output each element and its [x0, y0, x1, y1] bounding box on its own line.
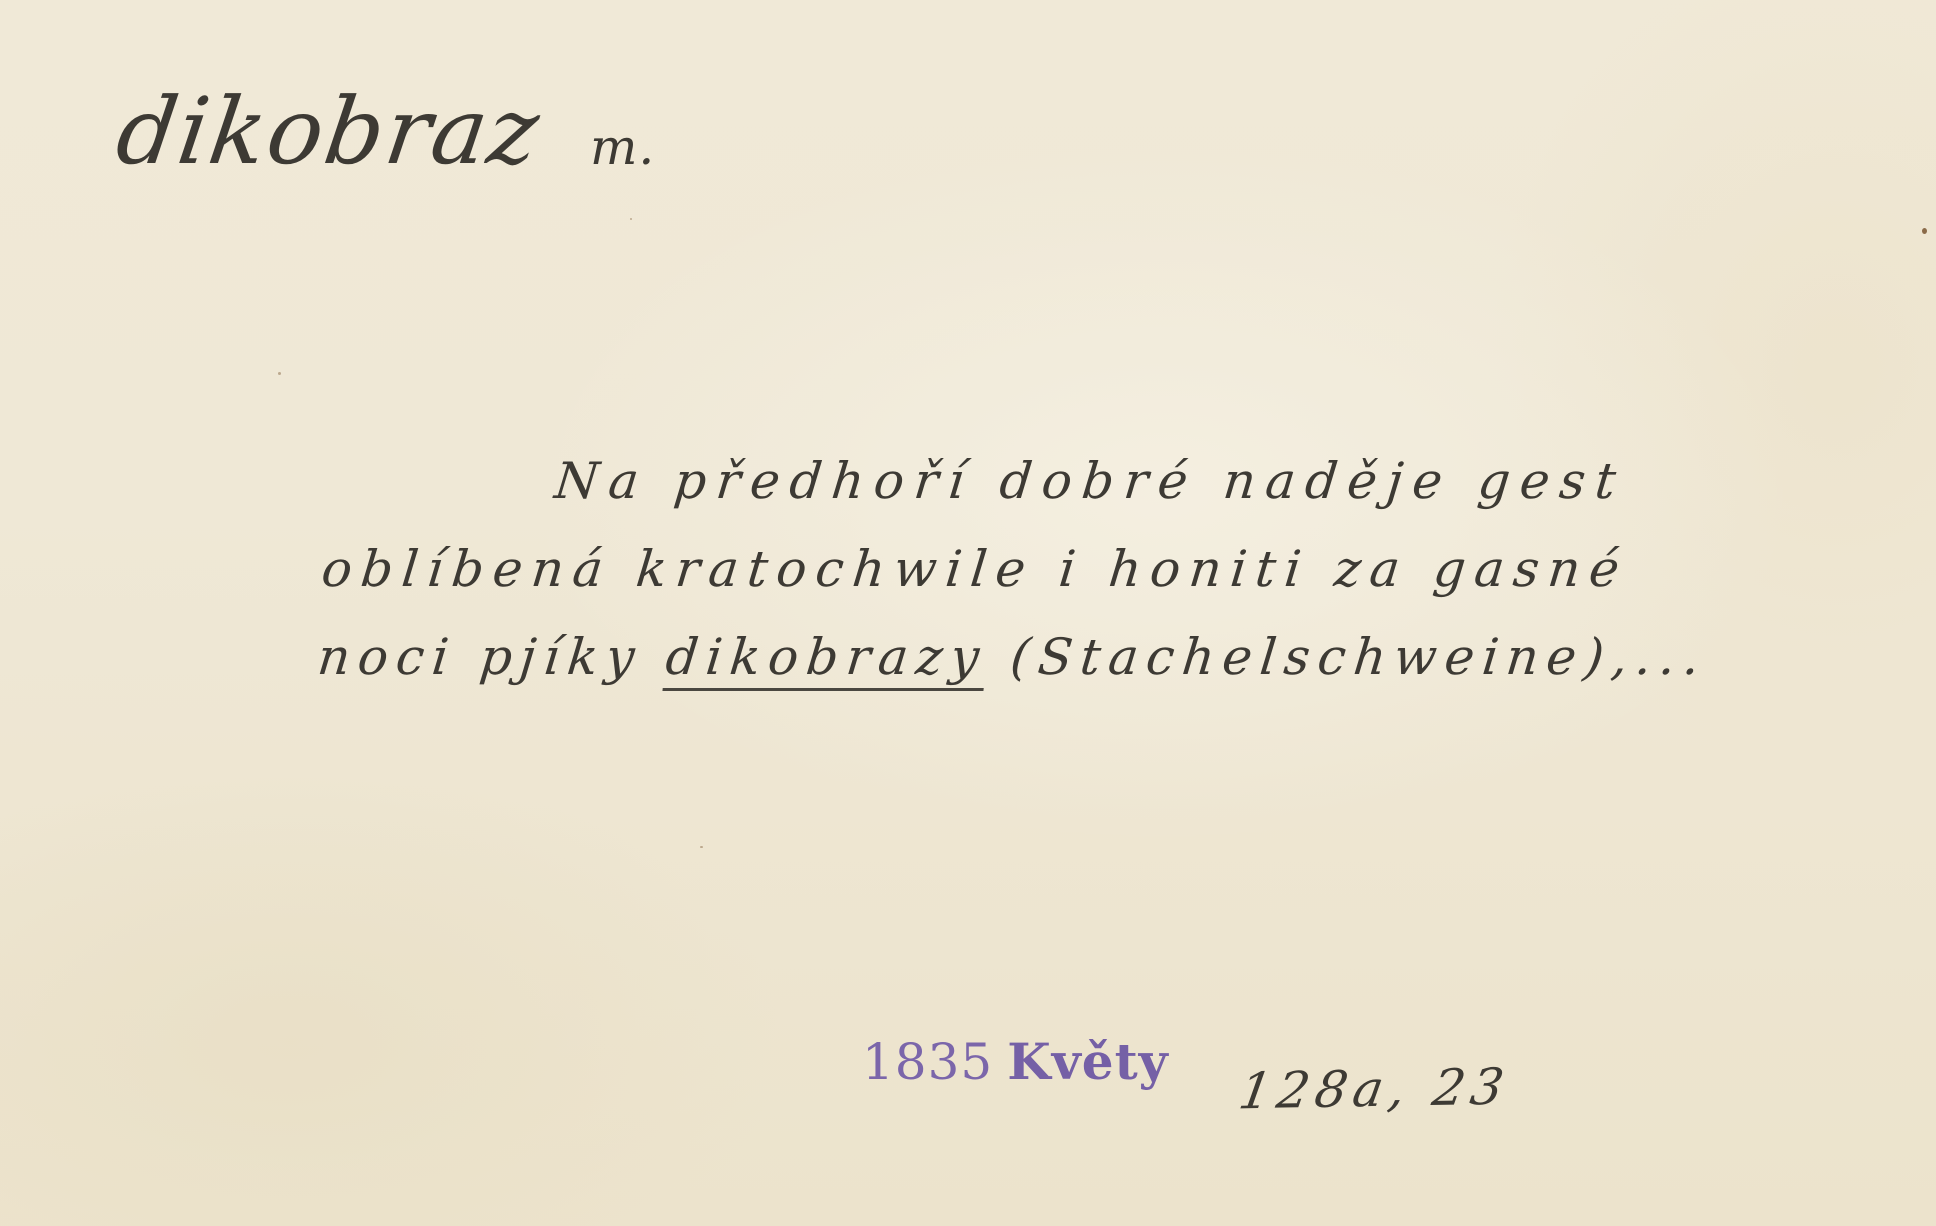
- headword: dikobraz: [110, 78, 547, 185]
- quotation-line-1: Na předhoří dobré naděje gest: [552, 452, 1629, 510]
- paper-speck: [700, 846, 703, 848]
- quotation-line-3: noci pjíky dikobrazy (Stachelschweine),.…: [315, 628, 1710, 686]
- stamp-year: 1835: [862, 1033, 993, 1091]
- stamp-source: Květy: [1007, 1032, 1168, 1091]
- quotation-line-3-prefix: noci pjíky: [315, 628, 645, 686]
- paper-speck: [630, 218, 632, 220]
- underlined-headword-occurrence: dikobrazy: [663, 628, 990, 691]
- quotation-line-3-suffix: (Stachelschweine),...: [1008, 628, 1711, 686]
- page-reference: 128a, 23: [1235, 1058, 1514, 1121]
- quotation-line-2: oblíbená kratochwile i honiti za gasné: [319, 540, 1631, 598]
- paper-speck: [1922, 228, 1927, 234]
- source-stamp: 1835Květy: [862, 1032, 1169, 1091]
- paper-speck: [278, 372, 281, 375]
- grammatical-gender: m.: [590, 118, 655, 176]
- index-card: dikobraz m. Na předhoří dobré naděje ges…: [0, 0, 1936, 1226]
